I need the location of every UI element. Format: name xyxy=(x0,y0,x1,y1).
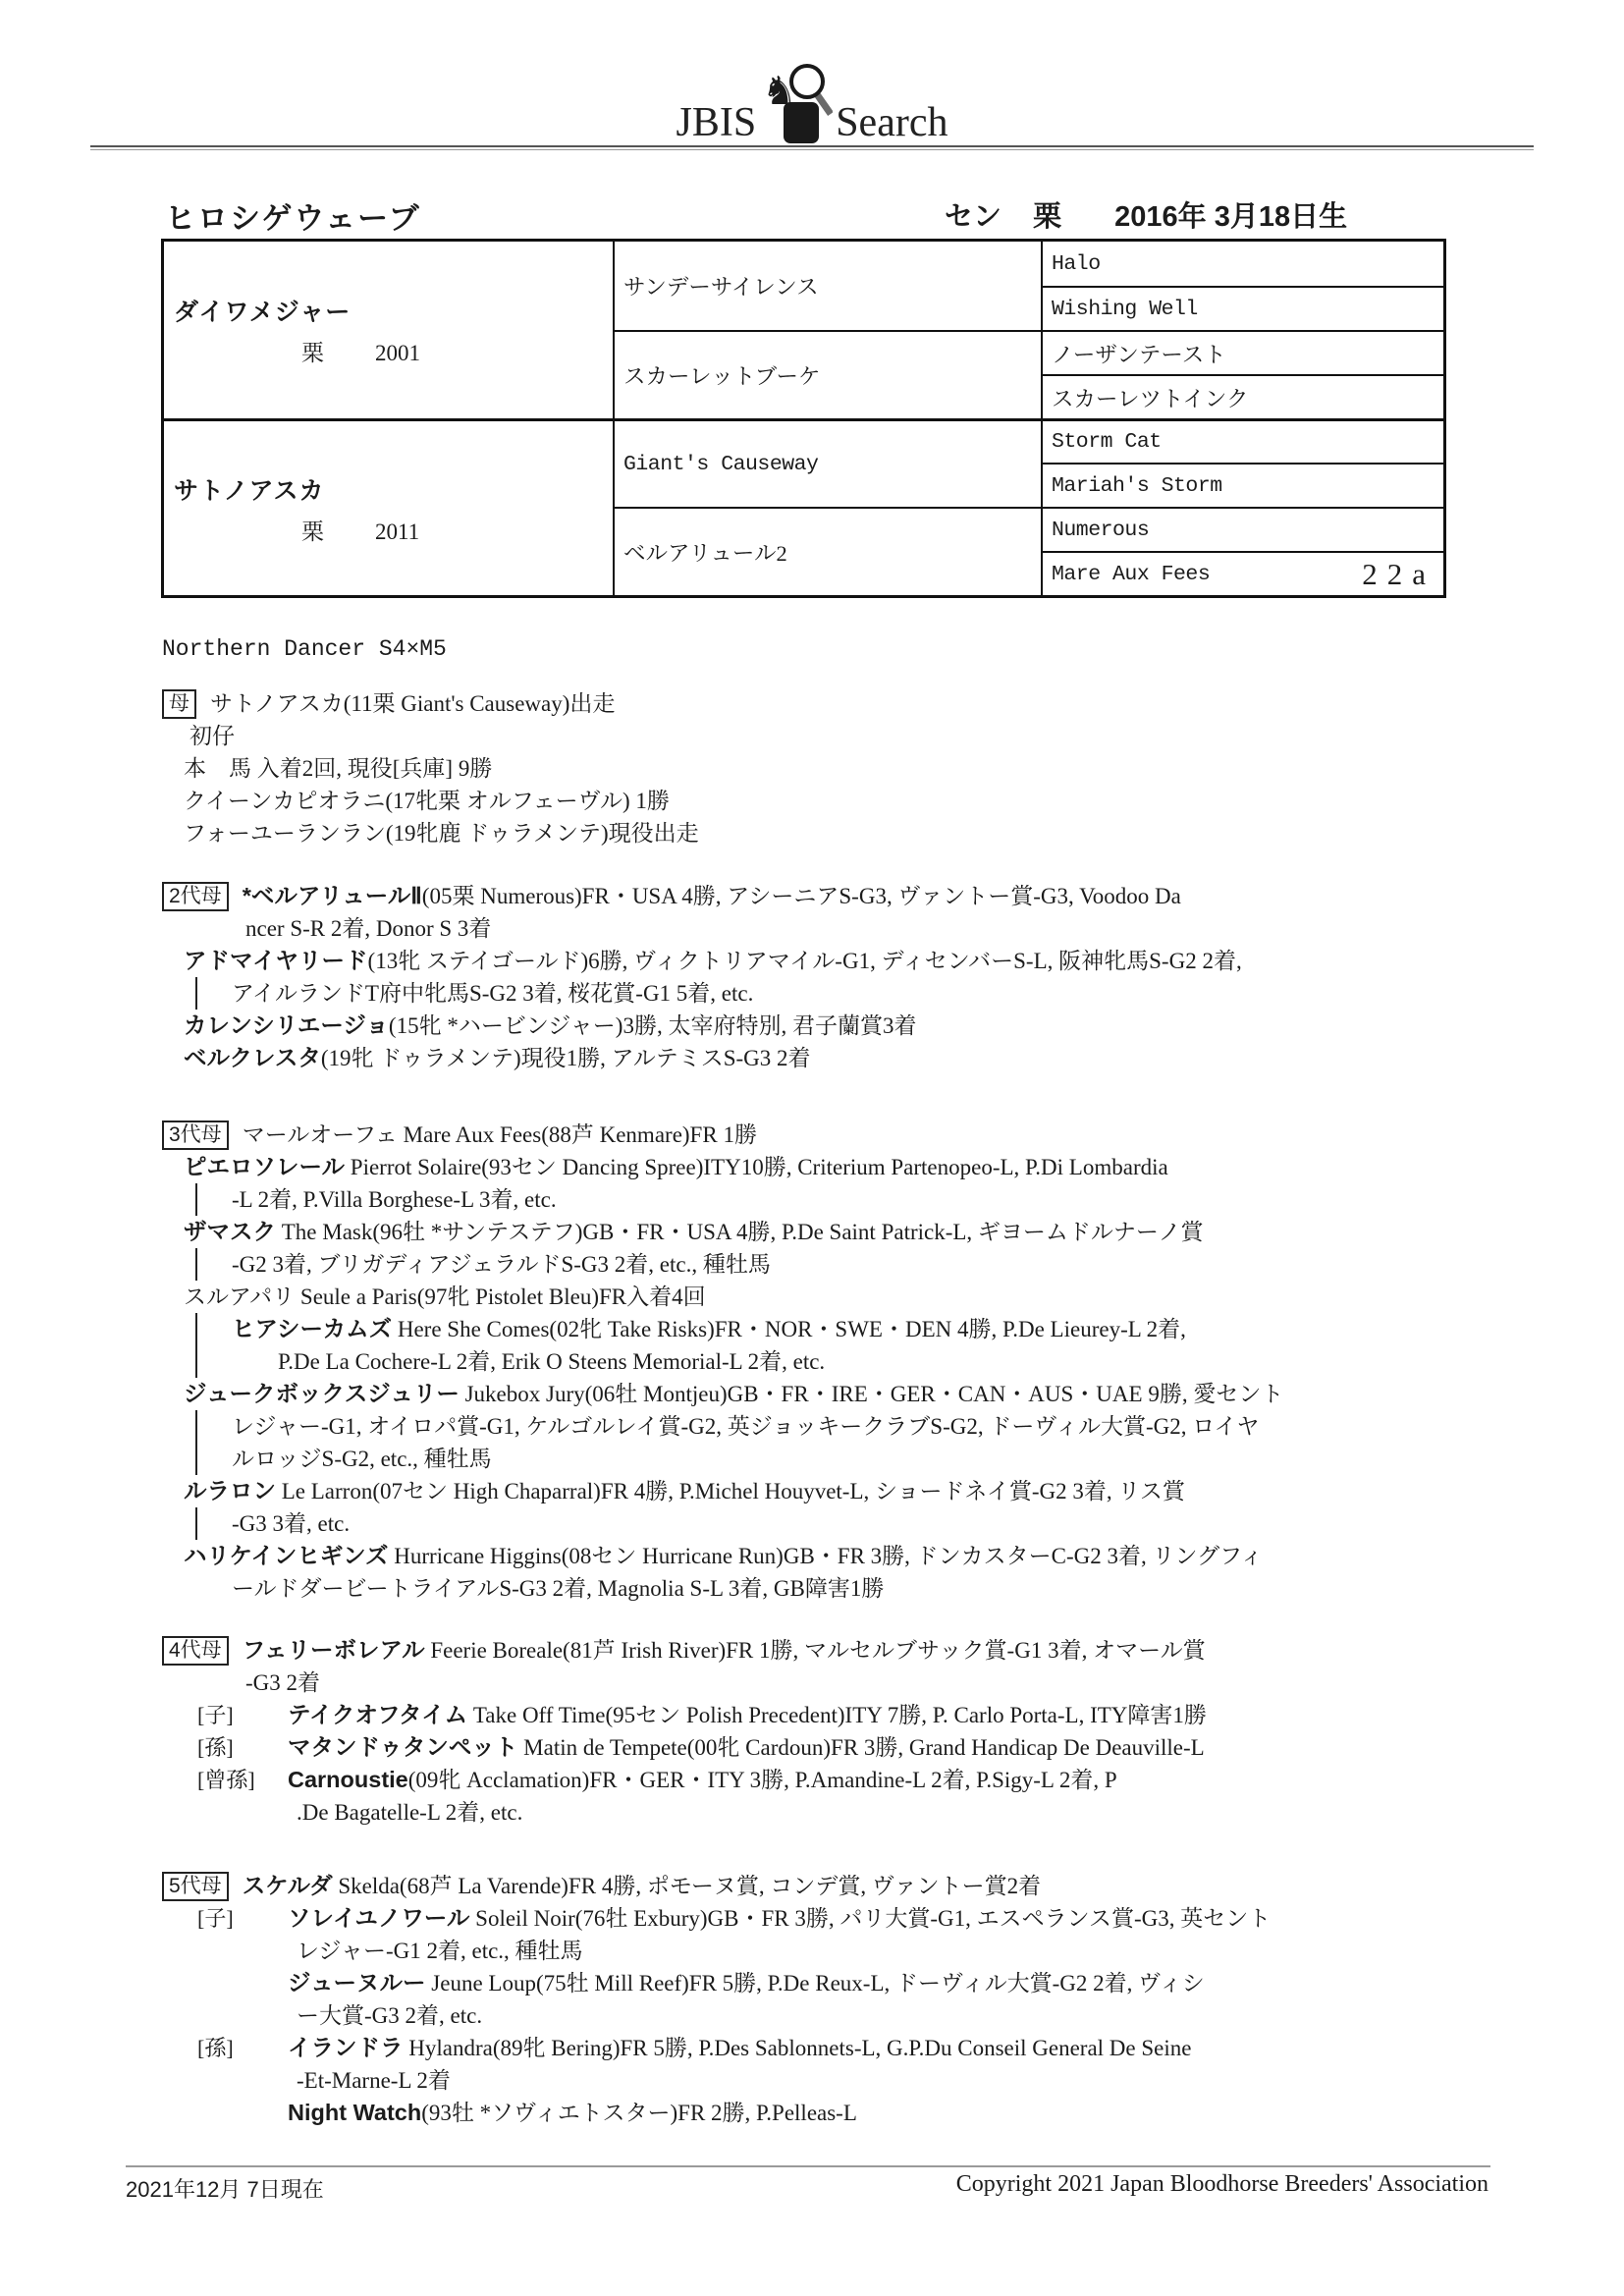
pedigree-text: スルアパリ Seule a Paris(97牝 Pistolet Bleu)FR… xyxy=(184,1285,706,1309)
pedigree-text: Take Off Time(95セン Polish Precedent)ITY … xyxy=(467,1703,1207,1727)
pedigree-line: ncer S-R 2着, Donor S 3着 xyxy=(162,912,1556,945)
dam-dam-cell: ベルアリュール2 xyxy=(613,507,1041,595)
pedigree-line: 母サトノアスカ(11栗 Giant's Causeway)出走 xyxy=(162,687,1556,720)
family-number: 22a xyxy=(1362,557,1435,592)
sire-dam-sire-cell: ノーザンテースト xyxy=(1041,330,1443,374)
relation-label: [子] xyxy=(197,1902,234,1935)
pedigree-line: Night Watch(93牡 *ソヴィエトスター)FR 2勝, P.Pelle… xyxy=(162,2097,1556,2129)
relation-label: [孫] xyxy=(197,1731,234,1764)
pedigree-text: (93牡 *ソヴィエトスター)FR 2勝, P.Pelleas-L xyxy=(421,2101,857,2125)
horse-name: ベルクレスタ xyxy=(184,1045,321,1070)
sibling-connector-line xyxy=(195,1410,197,1443)
horse-name: スケルダ xyxy=(243,1873,333,1898)
pedigree-text: ー大賞-G3 2着, etc. xyxy=(297,2003,482,2028)
section-dam2: 2代母*ベルアリュールⅡ(05栗 Numerous)FR・USA 4勝, アシー… xyxy=(162,880,1556,1074)
pedigree-line: ルロッジS-G2, etc., 種牡馬 xyxy=(162,1443,1556,1475)
dam-sire-dam-cell: Mariah's Storm xyxy=(1041,463,1443,507)
report-date: 2021年12月 7日現在 xyxy=(126,2173,324,2204)
sire-sire-cell: サンデーサイレンス xyxy=(613,242,1041,330)
pedigree-text: Jukebox Jury(06牡 Montjeu)GB・FR・IRE・GER・C… xyxy=(460,1382,1284,1406)
section-dam5: 5代母スケルダ Skelda(68芦 La Varende)FR 4勝, ポモー… xyxy=(162,1870,1556,2129)
pedigree-text: Pierrot Solaire(93セン Dancing Spree)ITY10… xyxy=(345,1155,1168,1179)
header-divider xyxy=(90,145,1534,150)
sibling-connector-line xyxy=(195,1443,197,1475)
horse-profile: セン 栗 2016年 3月18日生 xyxy=(945,194,1347,235)
pedigree-table: ダイワメジャー 栗2001 サトノアスカ 栗2011 サンデーサイレンス スカー… xyxy=(161,239,1446,598)
pedigree-line: [子]ソレイユノワール Soleil Noir(76牡 Exbury)GB・FR… xyxy=(162,1902,1556,1935)
pedigree-line: -G2 3着, ブリガディアジェラルドS-G3 2着, etc., 種牡馬 xyxy=(162,1248,1556,1281)
horse-name: ジューヌルー xyxy=(288,1970,426,1995)
pedigree-text-body: Northern Dancer S4×M5母サトノアスカ(11栗 Giant's… xyxy=(162,631,1556,2129)
pedigree-line: ールドダービートライアルS-G3 2着, Magnolia S-L 3着, GB… xyxy=(162,1572,1556,1605)
horse-name: ヒアシーカムズ xyxy=(232,1316,392,1341)
pedigree-text: 初仔 xyxy=(189,724,235,748)
dam-sire-sire-cell: Storm Cat xyxy=(1041,418,1443,463)
section-inbreeding: Northern Dancer S4×M5 xyxy=(162,631,1556,666)
pedigree-text: -G3 2着 xyxy=(245,1670,320,1695)
dam-dam-dam-cell: Mare Aux Fees 22a xyxy=(1041,551,1443,595)
pedigree-text: Feerie Boreale(81芦 Irish River)FR 1勝, マル… xyxy=(425,1638,1206,1663)
pedigree-line: ピエロソレール Pierrot Solaire(93セン Dancing Spr… xyxy=(162,1151,1556,1183)
pedigree-text: アイルランドT府中牝馬S-G2 3着, 桜花賞-G1 5着, etc. xyxy=(232,981,753,1006)
horse-name: ジュークボックスジュリー xyxy=(184,1381,460,1406)
horse-name: *ベルアリュールⅡ xyxy=(243,883,422,908)
relation-label: [孫] xyxy=(197,2032,234,2064)
pedigree-text: .De Bagatelle-L 2着, etc. xyxy=(297,1800,522,1825)
pedigree-text: Skelda(68芦 La Varende)FR 4勝, ポモーヌ賞, コンデ賞… xyxy=(333,1874,1042,1898)
pedigree-text: -G2 3着, ブリガディアジェラルドS-G3 2着, etc., 種牡馬 xyxy=(232,1252,771,1277)
pedigree-text: クイーンカピオラニ(17牝栗 オルフェーヴル) 1勝 xyxy=(184,789,670,813)
section-dam3: 3代母マールオーフェ Mare Aux Fees(88芦 Kenmare)FR … xyxy=(162,1119,1556,1605)
pedigree-line: -G3 3着, etc. xyxy=(162,1507,1556,1540)
jbis-search-logo: JBIS ♞ Search xyxy=(0,57,1624,143)
sibling-connector-line xyxy=(195,1345,197,1378)
pedigree-line: ヒアシーカムズ Here She Comes(02牝 Take Risks)FR… xyxy=(162,1313,1556,1345)
pedigree-line: ベルクレスタ(19牝 ドゥラメンテ)現役1勝, アルテミスS-G3 2着 xyxy=(162,1042,1556,1074)
pedigree-text: Soleil Noir(76牡 Exbury)GB・FR 3勝, パリ大賞-G1… xyxy=(469,1906,1271,1931)
pedigree-line: [孫]マタンドゥタンペット Matin de Tempete(00牝 Cardo… xyxy=(162,1731,1556,1764)
pedigree-text: -G3 3着, etc. xyxy=(232,1511,350,1536)
pedigree-line: レジャー-G1, オイロパ賞-G1, ケルゴルレイ賞-G2, 英ジョッキークラブ… xyxy=(162,1410,1556,1443)
pedigree-line: 初仔 xyxy=(162,720,1556,752)
pedigree-text: Northern Dancer S4×M5 xyxy=(162,636,447,662)
pedigree-text: Matin de Tempete(00牝 Cardoun)FR 3勝, Gran… xyxy=(517,1735,1204,1760)
pedigree-text: P.De La Cochere-L 2着, Erik O Steens Memo… xyxy=(278,1349,825,1374)
sire-coat-year: 栗2001 xyxy=(174,335,420,367)
dam-sire-cell: Giant's Causeway xyxy=(613,418,1041,507)
pedigree-line: [曾孫]Carnoustie(09牝 Acclamation)FR・GER・IT… xyxy=(162,1764,1556,1796)
horse-name: ピエロソレール xyxy=(184,1154,345,1179)
pedigree-line: .De Bagatelle-L 2着, etc. xyxy=(162,1796,1556,1829)
footer-divider xyxy=(126,2165,1490,2167)
pedigree-text: レジャー-G1 2着, etc., 種牡馬 xyxy=(297,1939,583,1963)
horse-name: ハリケインヒギンズ xyxy=(184,1543,388,1568)
pedigree-line: 4代母フェリーボレアル Feerie Boreale(81芦 Irish Riv… xyxy=(162,1634,1556,1667)
pedigree-text: Here She Comes(02牝 Take Risks)FR・NOR・SWE… xyxy=(392,1317,1186,1341)
pedigree-text: (15牝 *ハービンジャー)3勝, 太宰府特別, 君子蘭賞3着 xyxy=(389,1013,917,1038)
pedigree-text: ncer S-R 2着, Donor S 3着 xyxy=(245,916,491,941)
horse-name: テイクオフタイム xyxy=(288,1702,467,1727)
section-dam1: 母サトノアスカ(11栗 Giant's Causeway)出走初仔本 馬 入着2… xyxy=(162,687,1556,849)
pedigree-line: -Et-Marne-L 2着 xyxy=(162,2064,1556,2097)
pedigree-text: サトノアスカ(11栗 Giant's Causeway)出走 xyxy=(210,691,615,716)
horse-birthdate: 2016年 3月18日生 xyxy=(1114,201,1347,233)
pedigree-text: Hurricane Higgins(08セン Hurricane Run)GB・… xyxy=(388,1544,1263,1568)
pedigree-line: クイーンカピオラニ(17牝栗 オルフェーヴル) 1勝 xyxy=(162,785,1556,817)
pedigree-text: レジャー-G1, オイロパ賞-G1, ケルゴルレイ賞-G2, 英ジョッキークラブ… xyxy=(232,1414,1260,1439)
pedigree-text: Jeune Loup(75牡 Mill Reef)FR 5勝, P.De Reu… xyxy=(426,1971,1205,1995)
pedigree-line: -G3 2着 xyxy=(162,1667,1556,1699)
horse-magnifier-icon: ♞ xyxy=(762,61,833,145)
pedigree-text: (09牝 Acclamation)FR・GER・ITY 3勝, P.Amandi… xyxy=(408,1768,1117,1792)
horse-name: イランドラ xyxy=(288,2035,404,2060)
pedigree-text: Le Larron(07セン High Chaparral)FR 4勝, P.M… xyxy=(276,1479,1185,1503)
generation-label: 5代母 xyxy=(162,1872,229,1901)
horse-coat: 栗 xyxy=(1033,201,1061,233)
sibling-connector-line xyxy=(195,977,197,1010)
pedigree-line: 5代母スケルダ Skelda(68芦 La Varende)FR 4勝, ポモー… xyxy=(162,1870,1556,1902)
sibling-connector-line xyxy=(195,1248,197,1281)
pedigree-text: ールドダービートライアルS-G3 2着, Magnolia S-L 3着, GB… xyxy=(232,1576,884,1601)
pedigree-line: P.De La Cochere-L 2着, Erik O Steens Memo… xyxy=(162,1345,1556,1378)
pedigree-text: -Et-Marne-L 2着 xyxy=(297,2068,451,2093)
pedigree-line: ー大賞-G3 2着, etc. xyxy=(162,1999,1556,2032)
dam-year: 2011 xyxy=(375,519,419,544)
pedigree-line: レジャー-G1 2着, etc., 種牡馬 xyxy=(162,1935,1556,1967)
sire-dam-dam-cell: スカーレツトインク xyxy=(1041,374,1443,418)
pedigree-line: [子]テイクオフタイム Take Off Time(95セン Polish Pr… xyxy=(162,1699,1556,1731)
pedigree-line: [孫]イランドラ Hylandra(89牝 Bering)FR 5勝, P.De… xyxy=(162,2032,1556,2064)
pedigree-line: アイルランドT府中牝馬S-G2 3着, 桜花賞-G1 5着, etc. xyxy=(162,977,1556,1010)
sibling-connector-line xyxy=(195,1507,197,1540)
pedigree-line: Northern Dancer S4×M5 xyxy=(162,631,1556,666)
pedigree-line: 3代母マールオーフェ Mare Aux Fees(88芦 Kenmare)FR … xyxy=(162,1119,1556,1151)
sire-dam-cell: スカーレットブーケ xyxy=(613,330,1041,418)
generation-label: 4代母 xyxy=(162,1636,229,1666)
pedigree-text: マールオーフェ Mare Aux Fees(88芦 Kenmare)FR 1勝 xyxy=(243,1122,757,1147)
sibling-connector-line xyxy=(195,1313,197,1345)
pedigree-line: スルアパリ Seule a Paris(97牝 Pistolet Bleu)FR… xyxy=(162,1281,1556,1313)
horse-name: フェリーボレアル xyxy=(243,1637,425,1663)
horse-name: カレンシリエージョ xyxy=(184,1012,389,1038)
horse-name-title: ヒロシゲウェーブ xyxy=(165,201,421,236)
horse-name: アドマイヤリード xyxy=(184,948,368,973)
pedigree-line: ハリケインヒギンズ Hurricane Higgins(08セン Hurrica… xyxy=(162,1540,1556,1572)
pedigree-line: 本 馬 入着2回, 現役[兵庫] 9勝 xyxy=(162,752,1556,785)
pedigree-text: The Mask(96牡 *サンテステフ)GB・FR・USA 4勝, P.De … xyxy=(276,1220,1203,1244)
relation-label: [子] xyxy=(197,1699,234,1731)
horse-name: ルラロン xyxy=(184,1478,276,1503)
logo-text-search: Search xyxy=(836,102,947,143)
pedigree-line: ジュークボックスジュリー Jukebox Jury(06牡 Montjeu)GB… xyxy=(162,1378,1556,1410)
sire-name: ダイワメジャー xyxy=(174,293,351,328)
horse-sex: セン xyxy=(945,201,1001,233)
generation-label: 2代母 xyxy=(162,882,229,911)
sire-sire-dam-cell: Wishing Well xyxy=(1041,286,1443,330)
title-row: ヒロシゲウェーブ セン 栗 2016年 3月18日生 xyxy=(165,193,1441,235)
generation-label: 母 xyxy=(162,689,196,719)
pedigree-text: フォーユーランラン(19牝鹿 ドゥラメンテ)現役出走 xyxy=(184,821,699,846)
pedigree-report-page: JBIS ♞ Search ヒロシゲウェーブ セン 栗 2016年 3月18日生… xyxy=(0,0,1624,2296)
pedigree-line: 2代母*ベルアリュールⅡ(05栗 Numerous)FR・USA 4勝, アシー… xyxy=(162,880,1556,912)
pedigree-line: フォーユーランラン(19牝鹿 ドゥラメンテ)現役出走 xyxy=(162,817,1556,849)
pedigree-text: 本 馬 入着2回, 現役[兵庫] 9勝 xyxy=(184,756,492,781)
dam-cell: サトノアスカ 栗2011 xyxy=(164,418,613,595)
sire-cell: ダイワメジャー 栗2001 xyxy=(164,242,613,418)
horse-name: Carnoustie xyxy=(288,1767,408,1792)
logo-text-jbis: JBIS xyxy=(677,102,757,143)
horse-name: Night Watch xyxy=(288,2100,421,2125)
pedigree-text: (13牝 ステイゴールド)6勝, ヴィクトリアマイル-G1, ディセンバーS-L… xyxy=(368,949,1242,973)
pedigree-line: ザマスク The Mask(96牡 *サンテステフ)GB・FR・USA 4勝, … xyxy=(162,1216,1556,1248)
pedigree-line: ジューヌルー Jeune Loup(75牡 Mill Reef)FR 5勝, P… xyxy=(162,1967,1556,1999)
section-dam4: 4代母フェリーボレアル Feerie Boreale(81芦 Irish Riv… xyxy=(162,1634,1556,1829)
dam-coat-year: 栗2011 xyxy=(174,514,419,546)
sire-coat: 栗 xyxy=(301,341,324,365)
generation-label: 3代母 xyxy=(162,1121,229,1150)
dam-name: サトノアスカ xyxy=(174,471,325,507)
dam-dam-sire-cell: Numerous xyxy=(1041,507,1443,551)
pedigree-text: (05栗 Numerous)FR・USA 4勝, アシーニアS-G3, ヴァント… xyxy=(422,884,1181,908)
relation-label: [曾孫] xyxy=(197,1764,255,1796)
pedigree-line: -L 2着, P.Villa Borghese-L 3着, etc. xyxy=(162,1183,1556,1216)
pedigree-text: -L 2着, P.Villa Borghese-L 3着, etc. xyxy=(232,1187,557,1212)
pedigree-text: ルロッジS-G2, etc., 種牡馬 xyxy=(232,1447,492,1471)
dam-dam-dam-name: Mare Aux Fees xyxy=(1052,563,1210,586)
pedigree-text: (19牝 ドゥラメンテ)現役1勝, アルテミスS-G3 2着 xyxy=(321,1046,811,1070)
sire-sire-sire-cell: Halo xyxy=(1041,242,1443,286)
pedigree-line: アドマイヤリード(13牝 ステイゴールド)6勝, ヴィクトリアマイル-G1, デ… xyxy=(162,945,1556,977)
pedigree-text: Hylandra(89牝 Bering)FR 5勝, P.Des Sablonn… xyxy=(404,2036,1192,2060)
sire-year: 2001 xyxy=(375,341,420,365)
copyright-notice: Copyright 2021 Japan Bloodhorse Breeders… xyxy=(956,2171,1489,2198)
sibling-connector-line xyxy=(195,1183,197,1216)
pedigree-line: ルラロン Le Larron(07セン High Chaparral)FR 4勝… xyxy=(162,1475,1556,1507)
horse-name: ソレイユノワール xyxy=(288,1905,469,1931)
horse-name: マタンドゥタンペット xyxy=(288,1734,517,1760)
pedigree-line: カレンシリエージョ(15牝 *ハービンジャー)3勝, 太宰府特別, 君子蘭賞3着 xyxy=(162,1010,1556,1042)
horse-name: ザマスク xyxy=(184,1219,276,1244)
dam-coat: 栗 xyxy=(301,519,324,544)
